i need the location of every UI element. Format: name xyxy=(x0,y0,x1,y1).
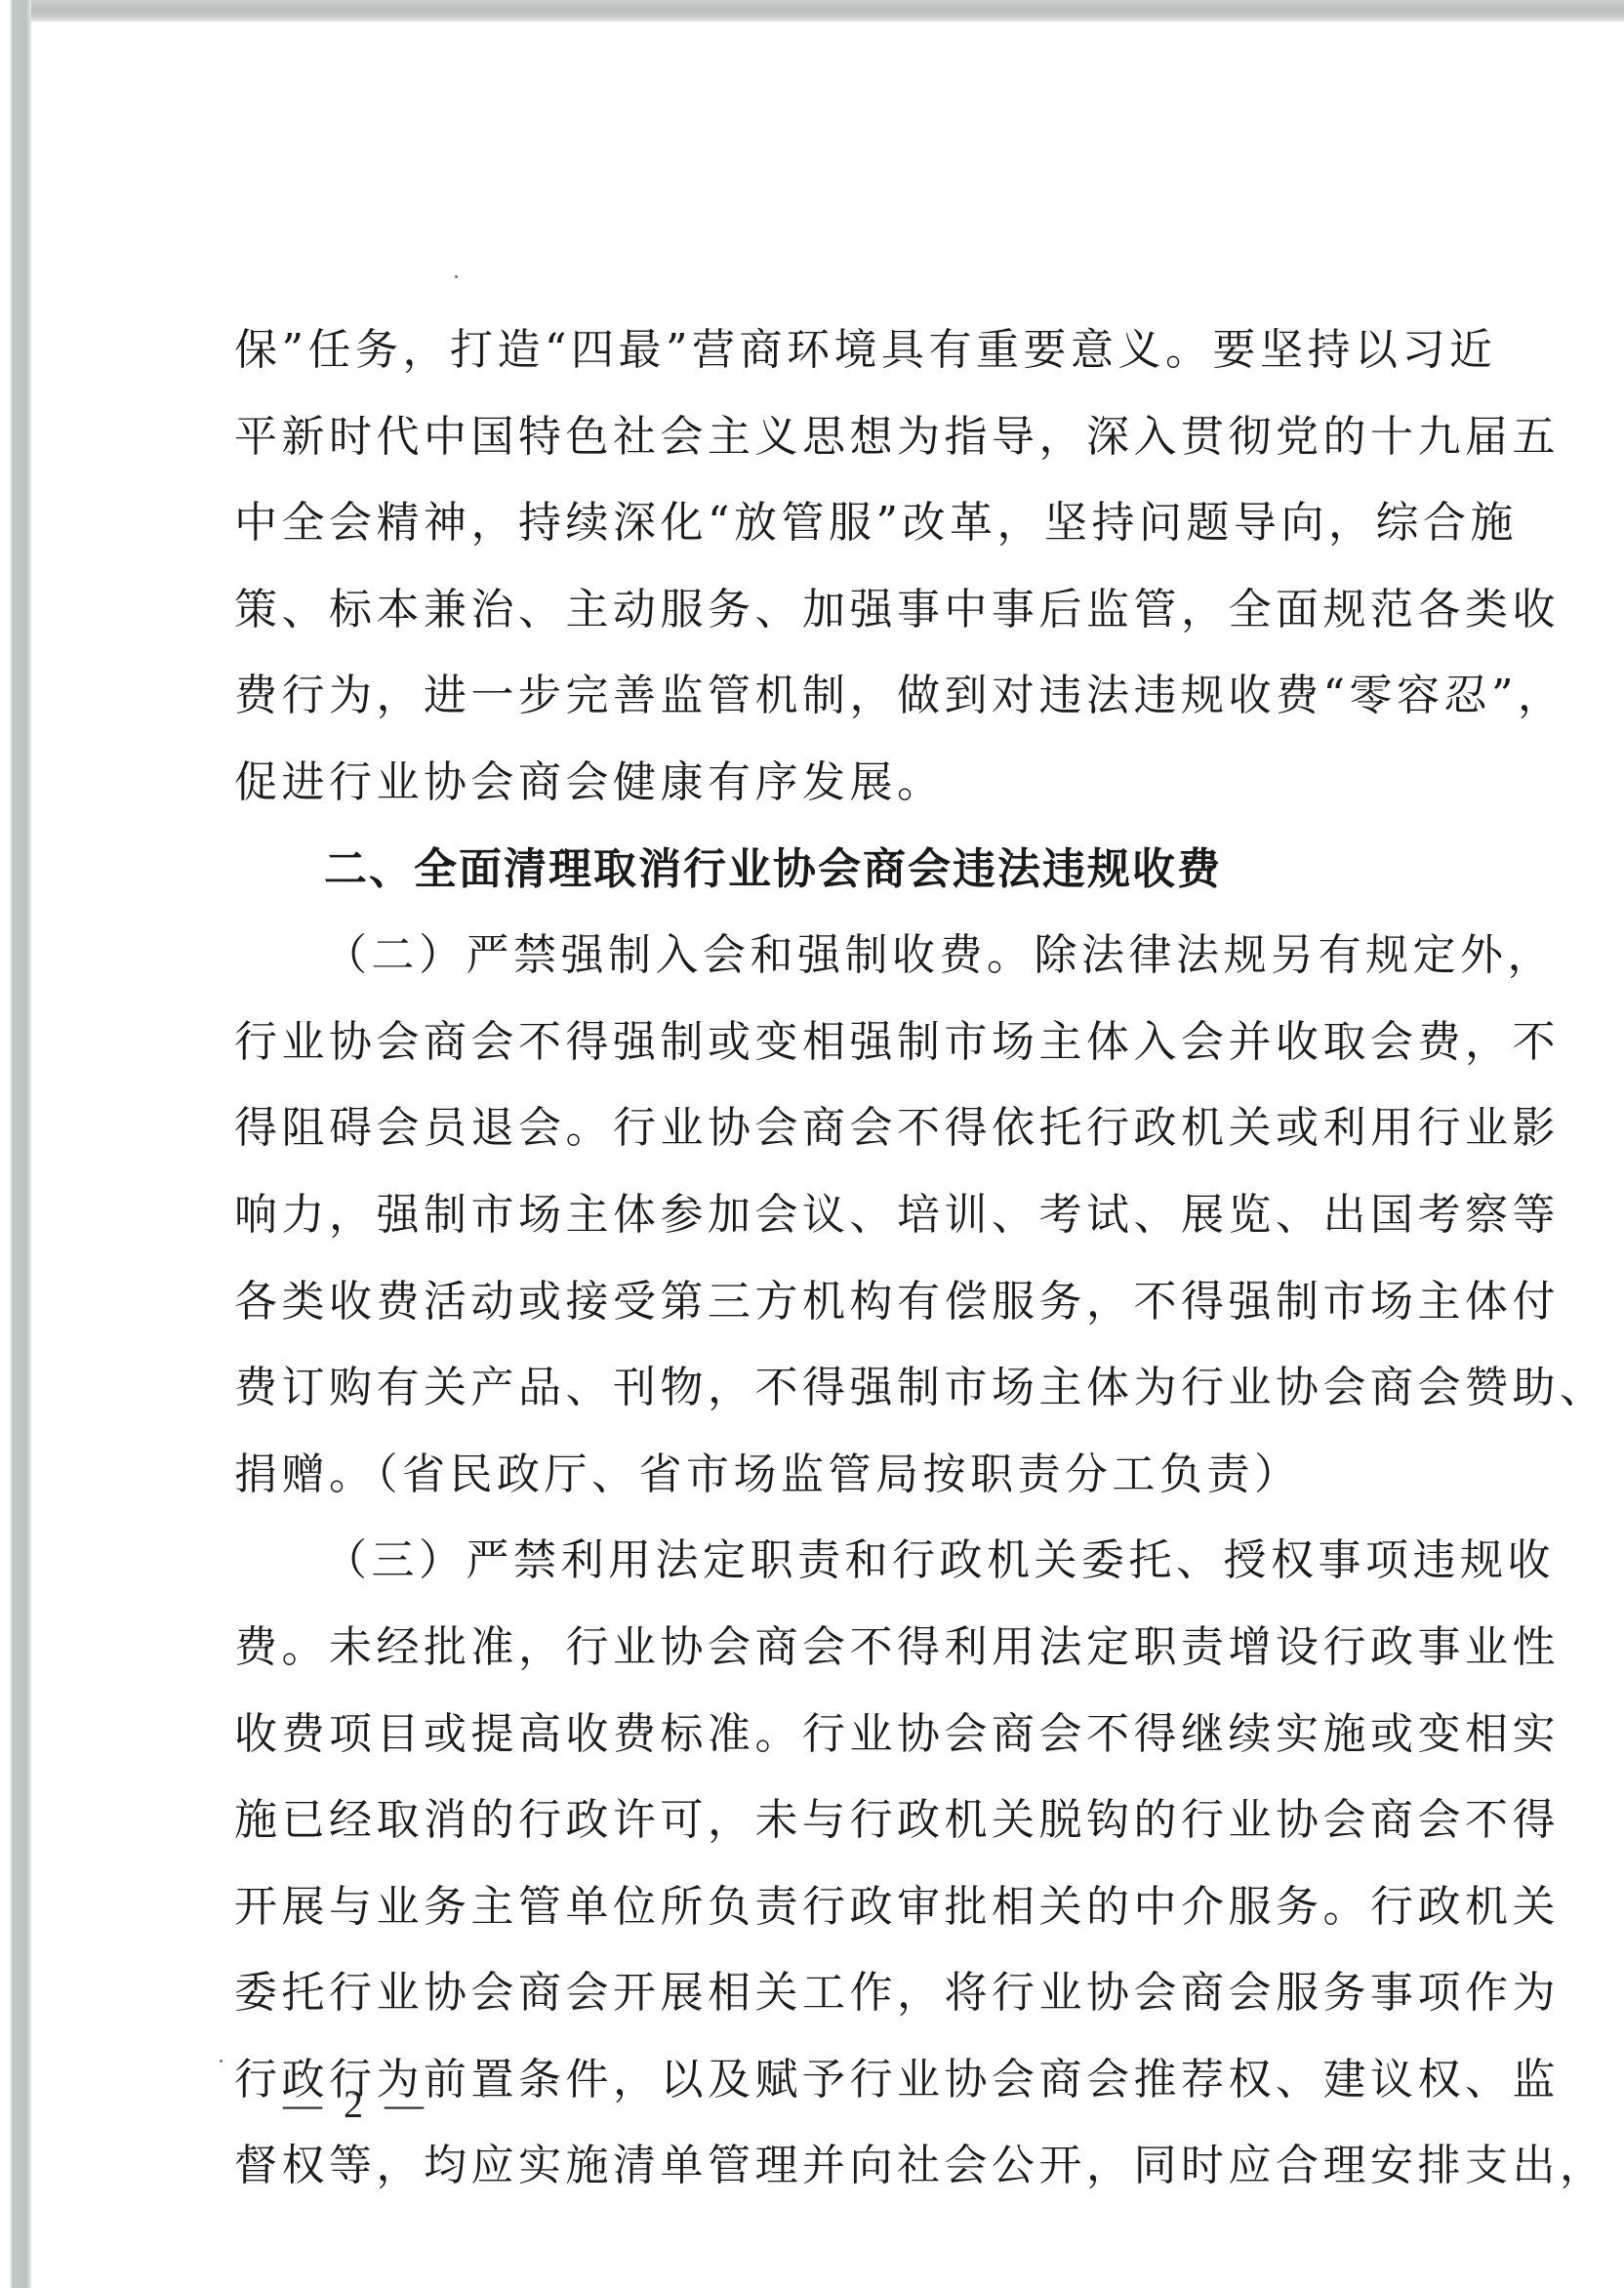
scan-speck xyxy=(482,2095,485,2098)
scan-speck xyxy=(455,275,458,278)
text-line: 促进行业协会商会健康有序发展。 xyxy=(234,740,1444,827)
text-line: 响力，强制市场主体参加会议、培训、考试、展览、出国考察等 xyxy=(234,1172,1444,1259)
text-line: 行业协会商会不得强制或变相强制市场主体入会并收取会费，不 xyxy=(234,1000,1444,1086)
page-number: — 2 — xyxy=(283,2081,429,2127)
text-line: 委托行业协会商会开展相关工作，将行业协会商会服务事项作为 xyxy=(234,1950,1444,2037)
paragraph-item-2: （二）严禁强制入会和强制收费。除法律法规另有规定外， 行业协会商会不得强制或变相… xyxy=(234,913,1444,1518)
scan-edge-top xyxy=(0,0,1624,21)
text-line: 开展与业务主管单位所负责行政审批相关的中介服务。行政机关 xyxy=(234,1864,1444,1951)
text-line: 中全会精神，持续深化“放管服”改革，坚持问题导向，综合施 xyxy=(234,480,1444,567)
text-line: 费。未经批准，行业协会商会不得利用法定职责增设行政事业性 xyxy=(234,1605,1444,1692)
text-line: 捐赠。（省民政厅、省市场监管局按职责分工负责） xyxy=(234,1432,1444,1519)
text-line: 费行为，进一步完善监管机制，做到对违法违规收费“零容忍”， xyxy=(234,653,1444,740)
document-page: 保”任务，打造“四最”营商环境具有重要意义。要坚持以习近 平新时代中国特色社会主… xyxy=(234,307,1444,2210)
text-line: 保”任务，打造“四最”营商环境具有重要意义。要坚持以习近 xyxy=(234,307,1444,394)
text-line: （二）严禁强制入会和强制收费。除法律法规另有规定外， xyxy=(234,913,1444,1000)
text-line: 各类收费活动或接受第三方机构有偿服务，不得强制市场主体付 xyxy=(234,1259,1444,1346)
text-line: 得阻碍会员退会。行业协会商会不得依托行政机关或利用行业影 xyxy=(234,1085,1444,1172)
section-heading: 二、全面清理取消行业协会商会违法违规收费 xyxy=(234,827,1444,914)
scan-edge-left xyxy=(0,0,31,2288)
text-line: 施已经取消的行政许可，未与行政机关脱钩的行业协会商会不得 xyxy=(234,1777,1444,1864)
text-line: （三）严禁利用法定职责和行政机关委托、授权事项违规收 xyxy=(234,1518,1444,1605)
text-line: 费订购有关产品、刊物，不得强制市场主体为行业协会商会赞助、 xyxy=(234,1345,1444,1432)
text-line: 平新时代中国特色社会主义思想为指导，深入贯彻党的十九届五 xyxy=(234,394,1444,481)
text-line: 收费项目或提高收费标准。行业协会商会不得继续实施或变相实 xyxy=(234,1692,1444,1778)
scan-speck xyxy=(220,2060,223,2063)
text-line: 督权等，均应实施清单管理并向社会公开，同时应合理安排支出， xyxy=(234,2123,1444,2210)
text-line: 策、标本兼治、主动服务、加强事中事后监管，全面规范各类收 xyxy=(234,567,1444,654)
paragraph-continuation: 保”任务，打造“四最”营商环境具有重要意义。要坚持以习近 平新时代中国特色社会主… xyxy=(234,307,1444,827)
